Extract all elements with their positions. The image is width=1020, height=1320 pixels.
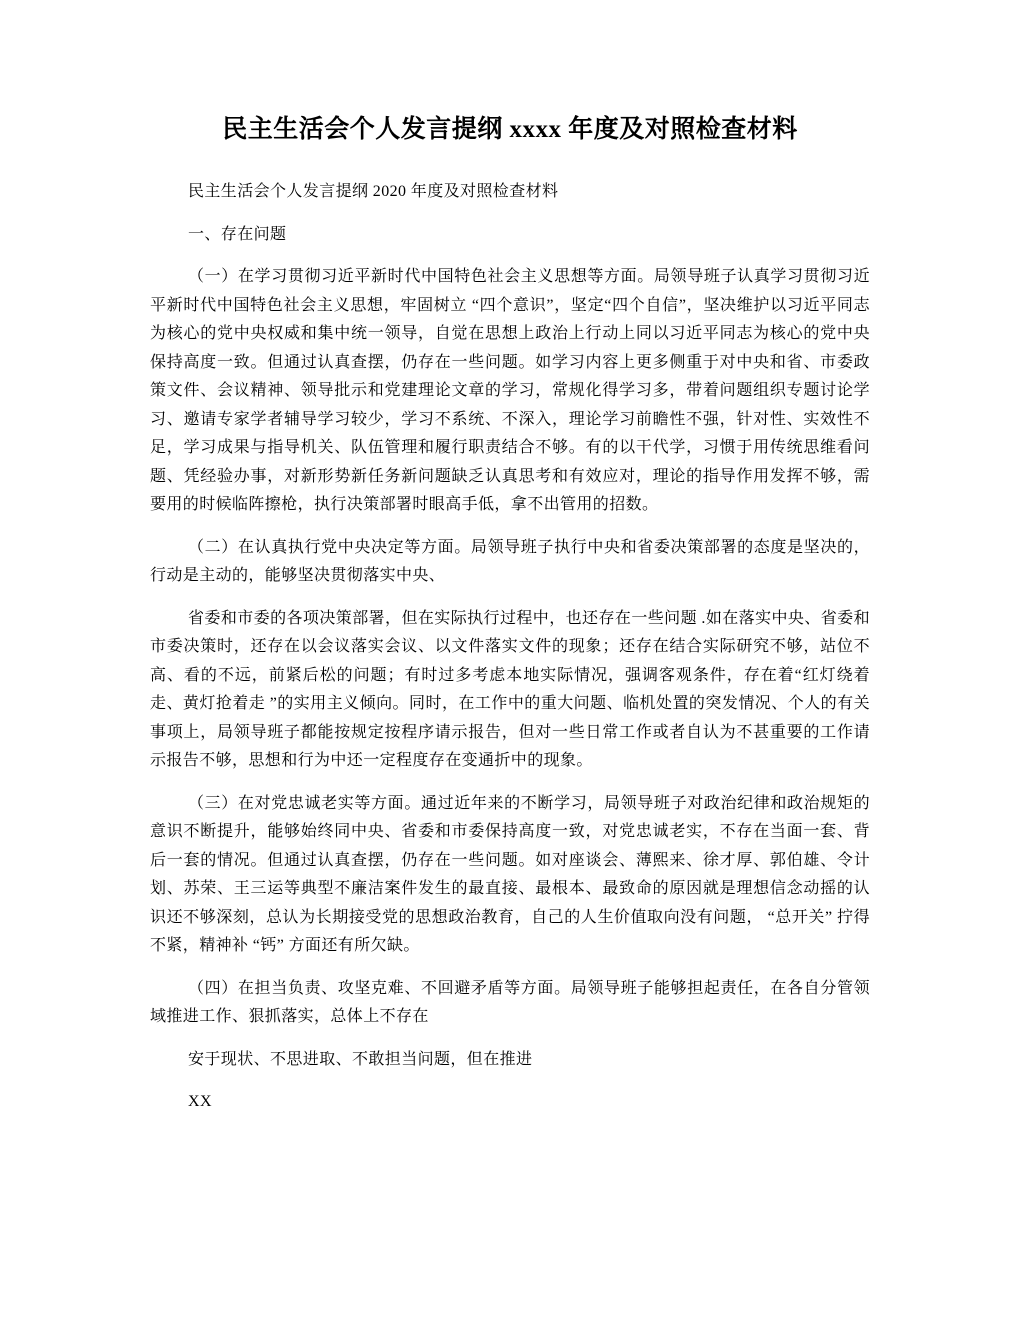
paragraph-section-2b: 省委和市委的各项决策部署，但在实际执行过程中，也还存在一些问题 .如在落实中央、… (150, 605, 870, 776)
paragraph-placeholder-xx: XX (150, 1088, 870, 1117)
document-title: 民主生活会个人发言提纲 xxxx 年度及对照检查材料 (150, 112, 870, 148)
paragraph-section-1: （一）在学习贯彻习近平新时代中国特色社会主义思想等方面。局领导班子认真学习贯彻习… (150, 263, 870, 520)
paragraph-section-2: （二）在认真执行党中央决定等方面。局领导班子执行中央和省委决策部署的态度是坚决的… (150, 534, 870, 591)
paragraph-section-3: （三）在对党忠诚老实等方面。通过近年来的不断学习，局领导班子对政治纪律和政治规矩… (150, 790, 870, 961)
paragraph-subtitle: 民主生活会个人发言提纲 2020 年度及对照检查材料 (150, 178, 870, 207)
document-page: 民主生活会个人发言提纲 xxxx 年度及对照检查材料 民主生活会个人发言提纲 2… (0, 0, 1020, 1320)
paragraph-section-4b: 安于现状、不思进取、不敢担当问题，但在推进 (150, 1046, 870, 1075)
paragraph-section-4: （四）在担当负责、攻坚克难、不回避矛盾等方面。局领导班子能够担起责任，在各自分管… (150, 975, 870, 1032)
paragraph-heading-1: 一、存在问题 (150, 221, 870, 250)
